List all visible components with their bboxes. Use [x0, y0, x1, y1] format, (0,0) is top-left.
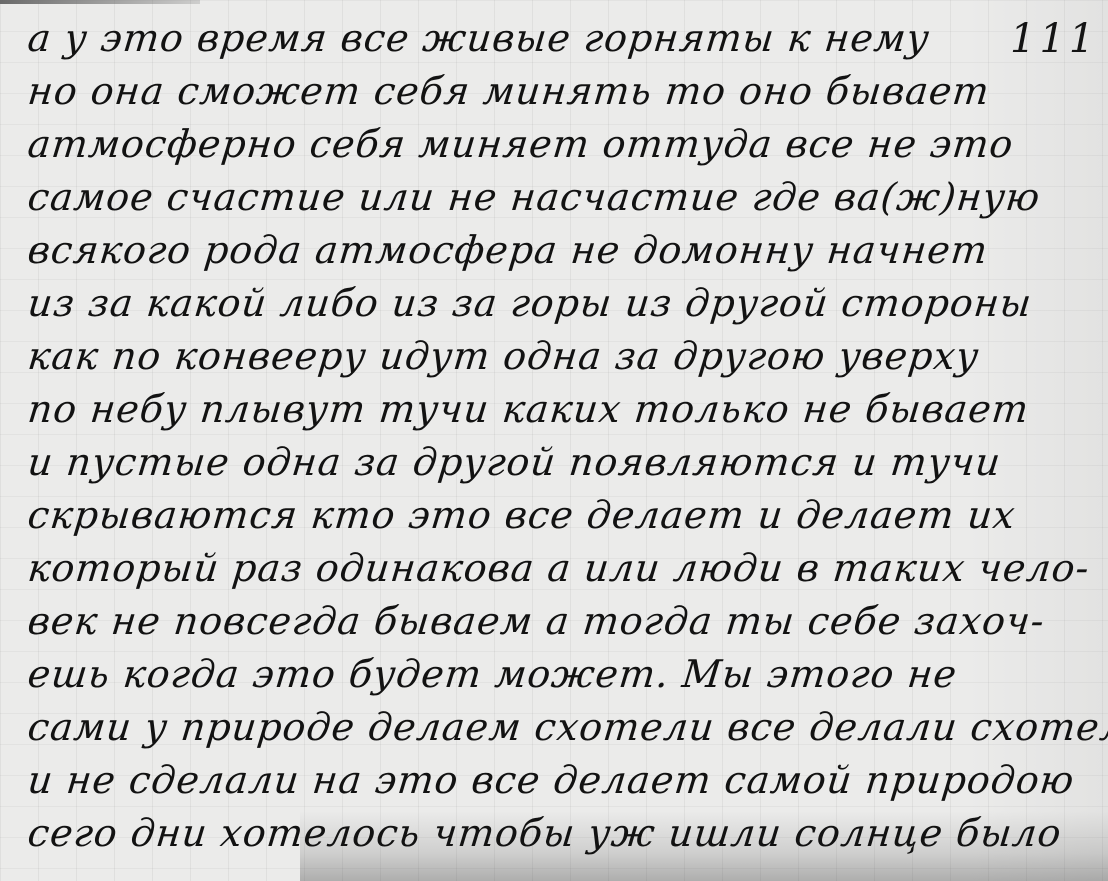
- text-line: и пустые одна за другой появляются и туч…: [25, 436, 1091, 489]
- text-line: который раз одинакова а или люди в таких…: [25, 542, 1091, 595]
- text-line: как по конвееру идут одна за другою увер…: [25, 330, 1091, 383]
- text-line: по небу плывут тучи каких только не быва…: [25, 383, 1091, 436]
- text-line: атмосферно себя миняет оттуда все не это: [25, 118, 1091, 171]
- text-line: а у это время все живые горняты к нему: [25, 12, 1091, 65]
- handwritten-text-block: а у это время все живые горняты к нему н…: [28, 12, 1088, 860]
- text-line: самое счастие или не насчастие где ва(ж)…: [25, 171, 1091, 224]
- text-line: ешь когда это будет может. Мы этого не: [25, 648, 1091, 701]
- text-line: скрываются кто это все делает и делает и…: [25, 489, 1091, 542]
- text-line: сего дни хотелось чтобы уж ишли солнце б…: [25, 807, 1091, 860]
- manuscript-page: 111 а у это время все живые горняты к не…: [0, 0, 1108, 881]
- text-line: всякого рода атмосфера не домонну начнет: [25, 224, 1091, 277]
- text-line: век не повсегда бываем а тогда ты себе з…: [25, 595, 1091, 648]
- scan-edge-artifact: [0, 0, 200, 4]
- text-line: и не сделали на это все делает самой при…: [25, 754, 1091, 807]
- text-line: но она сможет себя минять то оно бывает: [25, 65, 1091, 118]
- text-line: из за какой либо из за горы из другой ст…: [25, 277, 1091, 330]
- text-line: сами у природе делаем схотели все делали…: [25, 701, 1091, 754]
